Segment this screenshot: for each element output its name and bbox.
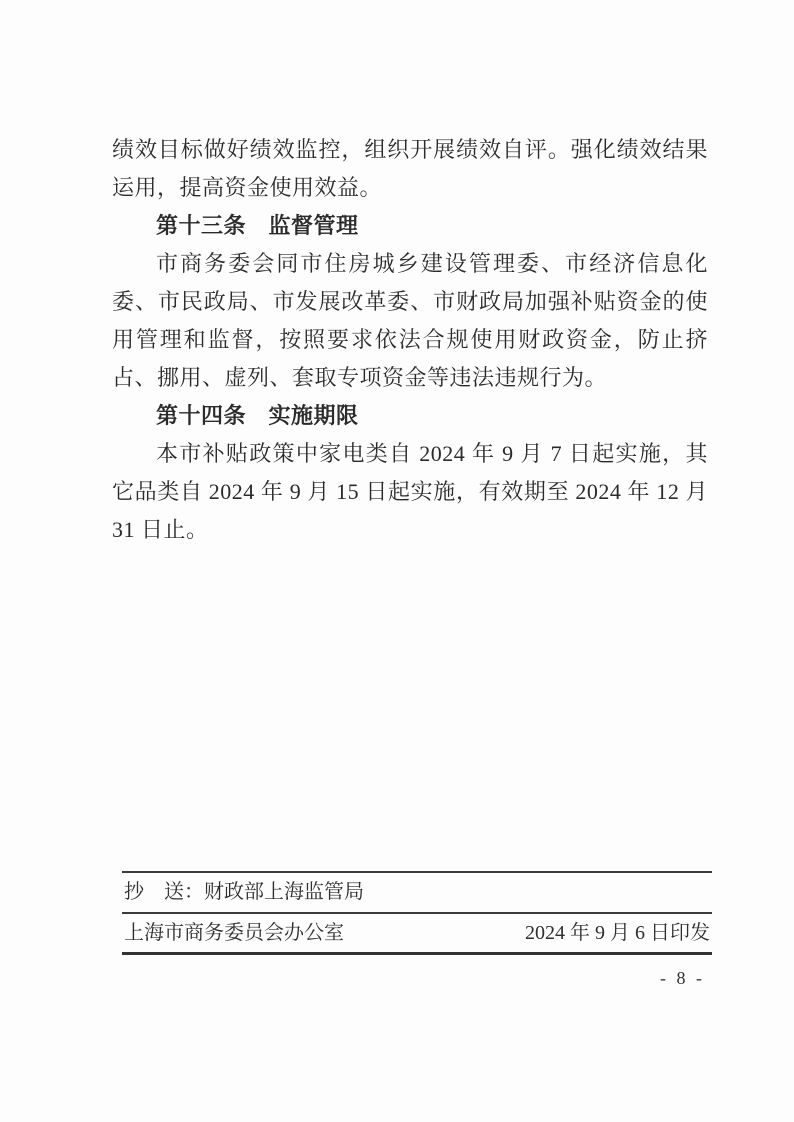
- issuer-row: 上海市商务委员会办公室 2024 年 9 月 6 日印发: [122, 914, 712, 952]
- cc-label: 抄 送：: [124, 881, 204, 903]
- document-footer: 抄 送：财政部上海监管局 上海市商务委员会办公室 2024 年 9 月 6 日印…: [122, 871, 712, 955]
- cc-row: 抄 送：财政部上海监管局: [122, 873, 712, 912]
- paragraph-supervision: 市商务委会同市住房城乡建设管理委、市经济信息化委、市民政局、市发展改革委、市财政…: [112, 245, 708, 397]
- page-number: - 8 -: [660, 968, 705, 989]
- heading-article-13: 第十三条 监督管理: [112, 207, 708, 245]
- issuing-office: 上海市商务委员会办公室: [124, 914, 344, 952]
- paragraph-implementation-period: 本市补贴政策中家电类自 2024 年 9 月 7 日起实施，其它品类自 2024…: [112, 435, 708, 549]
- footer-divider-bottom: [122, 952, 712, 955]
- heading-article-14: 第十四条 实施期限: [112, 397, 708, 435]
- document-body: 绩效目标做好绩效监控，组织开展绩效自评。强化绩效结果运用，提高资金使用效益。 第…: [112, 131, 708, 549]
- document-page: 绩效目标做好绩效监控，组织开展绩效自评。强化绩效结果运用，提高资金使用效益。 第…: [0, 0, 794, 1122]
- print-date: 2024 年 9 月 6 日印发: [525, 914, 710, 952]
- cc-value: 财政部上海监管局: [204, 881, 364, 903]
- paragraph-performance-continuation: 绩效目标做好绩效监控，组织开展绩效自评。强化绩效结果运用，提高资金使用效益。: [112, 131, 708, 207]
